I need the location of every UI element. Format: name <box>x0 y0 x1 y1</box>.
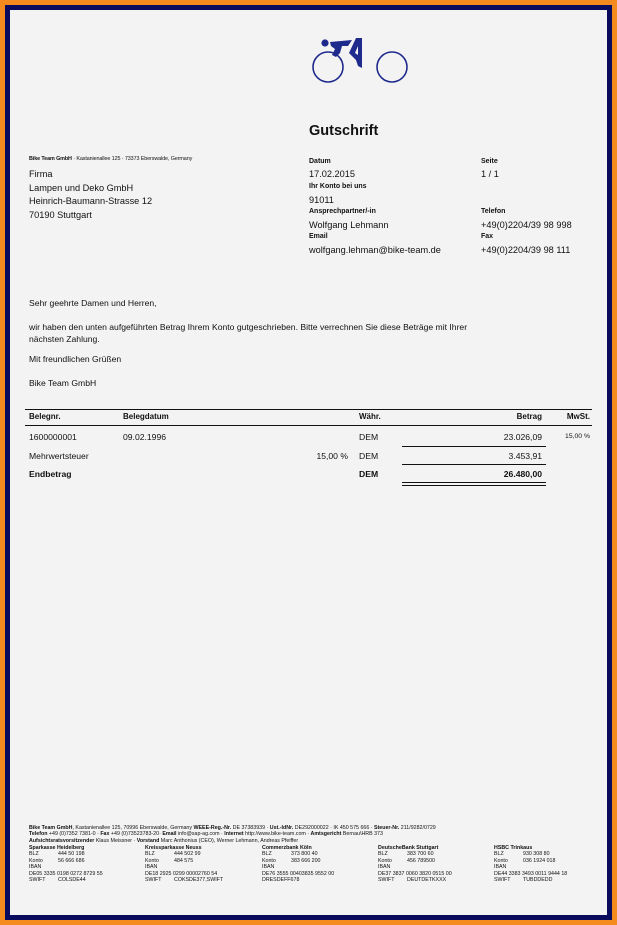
letter-body-line2: nächsten Zahlung. <box>29 334 100 344</box>
col-header-belegnr: Belegnr. <box>29 412 61 421</box>
cyclist-bike-logo-icon <box>312 33 412 83</box>
sum-rule <box>402 446 546 447</box>
salutation: Sehr geehrte Damen und Herren, <box>29 298 157 308</box>
col-header-betrag: Betrag <box>446 412 542 421</box>
datum-label: Datum <box>309 158 331 165</box>
col-header-belegdatum: Belegdatum <box>123 412 169 421</box>
sender-company: Bike Team GmbH <box>29 156 72 162</box>
cell-waehrung: DEM <box>359 469 378 479</box>
letter-body-line1: wir haben den unten aufgeführten Betrag … <box>29 322 467 332</box>
cell-betrag: 3.453,91 <box>446 451 542 461</box>
seite-value: 1 / 1 <box>481 169 499 179</box>
konto-label: Ihr Konto bei uns <box>309 183 367 190</box>
bank-sparkasse-heidelberg: Sparkasse Heidelberg BLZ444 50 198 Konto… <box>29 845 103 883</box>
cell-waehrung: DEM <box>359 451 378 461</box>
col-header-waehrung: Währ. <box>359 412 381 421</box>
telefon-label: Telefon <box>481 208 505 215</box>
ansprechpartner-label: Ansprechpartner/-in <box>309 208 376 215</box>
footer-line3: Aufsichtsratsvorsitzender Klaus Meissner… <box>29 838 599 844</box>
cell-belegnr: Mehrwertsteuer <box>29 451 89 461</box>
footer-company-info: Bike Team GmbH, Kastanienallee 125, 7099… <box>29 825 599 844</box>
cell-endbetrag-label: Endbetrag <box>29 469 72 479</box>
cell-betrag: 23.026,09 <box>446 432 542 442</box>
bank-hsbc-trinkaus: HSBC Trinkaus BLZ930 308 80 Konto036 192… <box>494 845 567 883</box>
double-rule-top <box>402 482 546 483</box>
closing: Mit freundlichen Grüßen <box>29 354 121 364</box>
fax-label: Fax <box>481 233 493 240</box>
table-header-rule <box>25 425 592 426</box>
fax-value: +49(0)2204/39 98 111 <box>481 245 570 255</box>
recipient-line: 70190 Stuttgart <box>29 209 152 223</box>
col-header-mwst: MwSt. <box>550 412 590 421</box>
recipient-line: Heinrich-Baumann-Strasse 12 <box>29 195 152 209</box>
document-title: Gutschrift <box>309 123 378 139</box>
seite-label: Seite <box>481 158 498 165</box>
double-rule-bottom <box>402 485 546 486</box>
bank-kreissparkasse-neuss: Kreissparkasse Neuss BLZ444 502 99 Konto… <box>145 845 223 883</box>
sender-address: · Kastanienallee 125 · 73373 Eberswalde,… <box>72 156 192 162</box>
cell-belegdatum: 09.02.1996 <box>123 432 166 442</box>
sender-line: Bike Team GmbH · Kastanienallee 125 · 73… <box>29 156 192 162</box>
ansprechpartner-value: Wolfgang Lehmann <box>309 220 389 230</box>
bank-deutschebank-stuttgart: DeutscheBank Stuttgart BLZ383 700 60 Kon… <box>378 845 452 883</box>
sum-rule <box>402 464 546 465</box>
cell-mwst: 15,00 % <box>550 433 590 440</box>
bank-commerzbank-koeln: Commerzbank Köln BLZ373 800 40 Konto383 … <box>262 845 334 883</box>
email-label: Email <box>309 233 328 240</box>
document-page: Gutschrift Bike Team GmbH · Kastanienall… <box>10 10 607 915</box>
recipient-line: Lampen und Deko GmbH <box>29 182 152 196</box>
datum-value: 17.02.2015 <box>309 169 355 179</box>
cell-endbetrag: 26.480,00 <box>446 469 542 479</box>
table-top-rule <box>25 409 592 410</box>
konto-value: 91011 <box>309 195 334 205</box>
cell-belegnr: 1600000001 <box>29 432 77 442</box>
telefon-value: +49(0)2204/39 98 998 <box>481 220 572 230</box>
email-value[interactable]: wolfgang.lehman@bike-team.de <box>309 245 441 255</box>
recipient-line: Firma <box>29 168 152 182</box>
cell-waehrung: DEM <box>359 432 378 442</box>
signature: Bike Team GmbH <box>29 378 96 388</box>
recipient-address: Firma Lampen und Deko GmbH Heinrich-Baum… <box>29 168 152 222</box>
cell-vat-percent: 15,00 % <box>290 451 348 461</box>
